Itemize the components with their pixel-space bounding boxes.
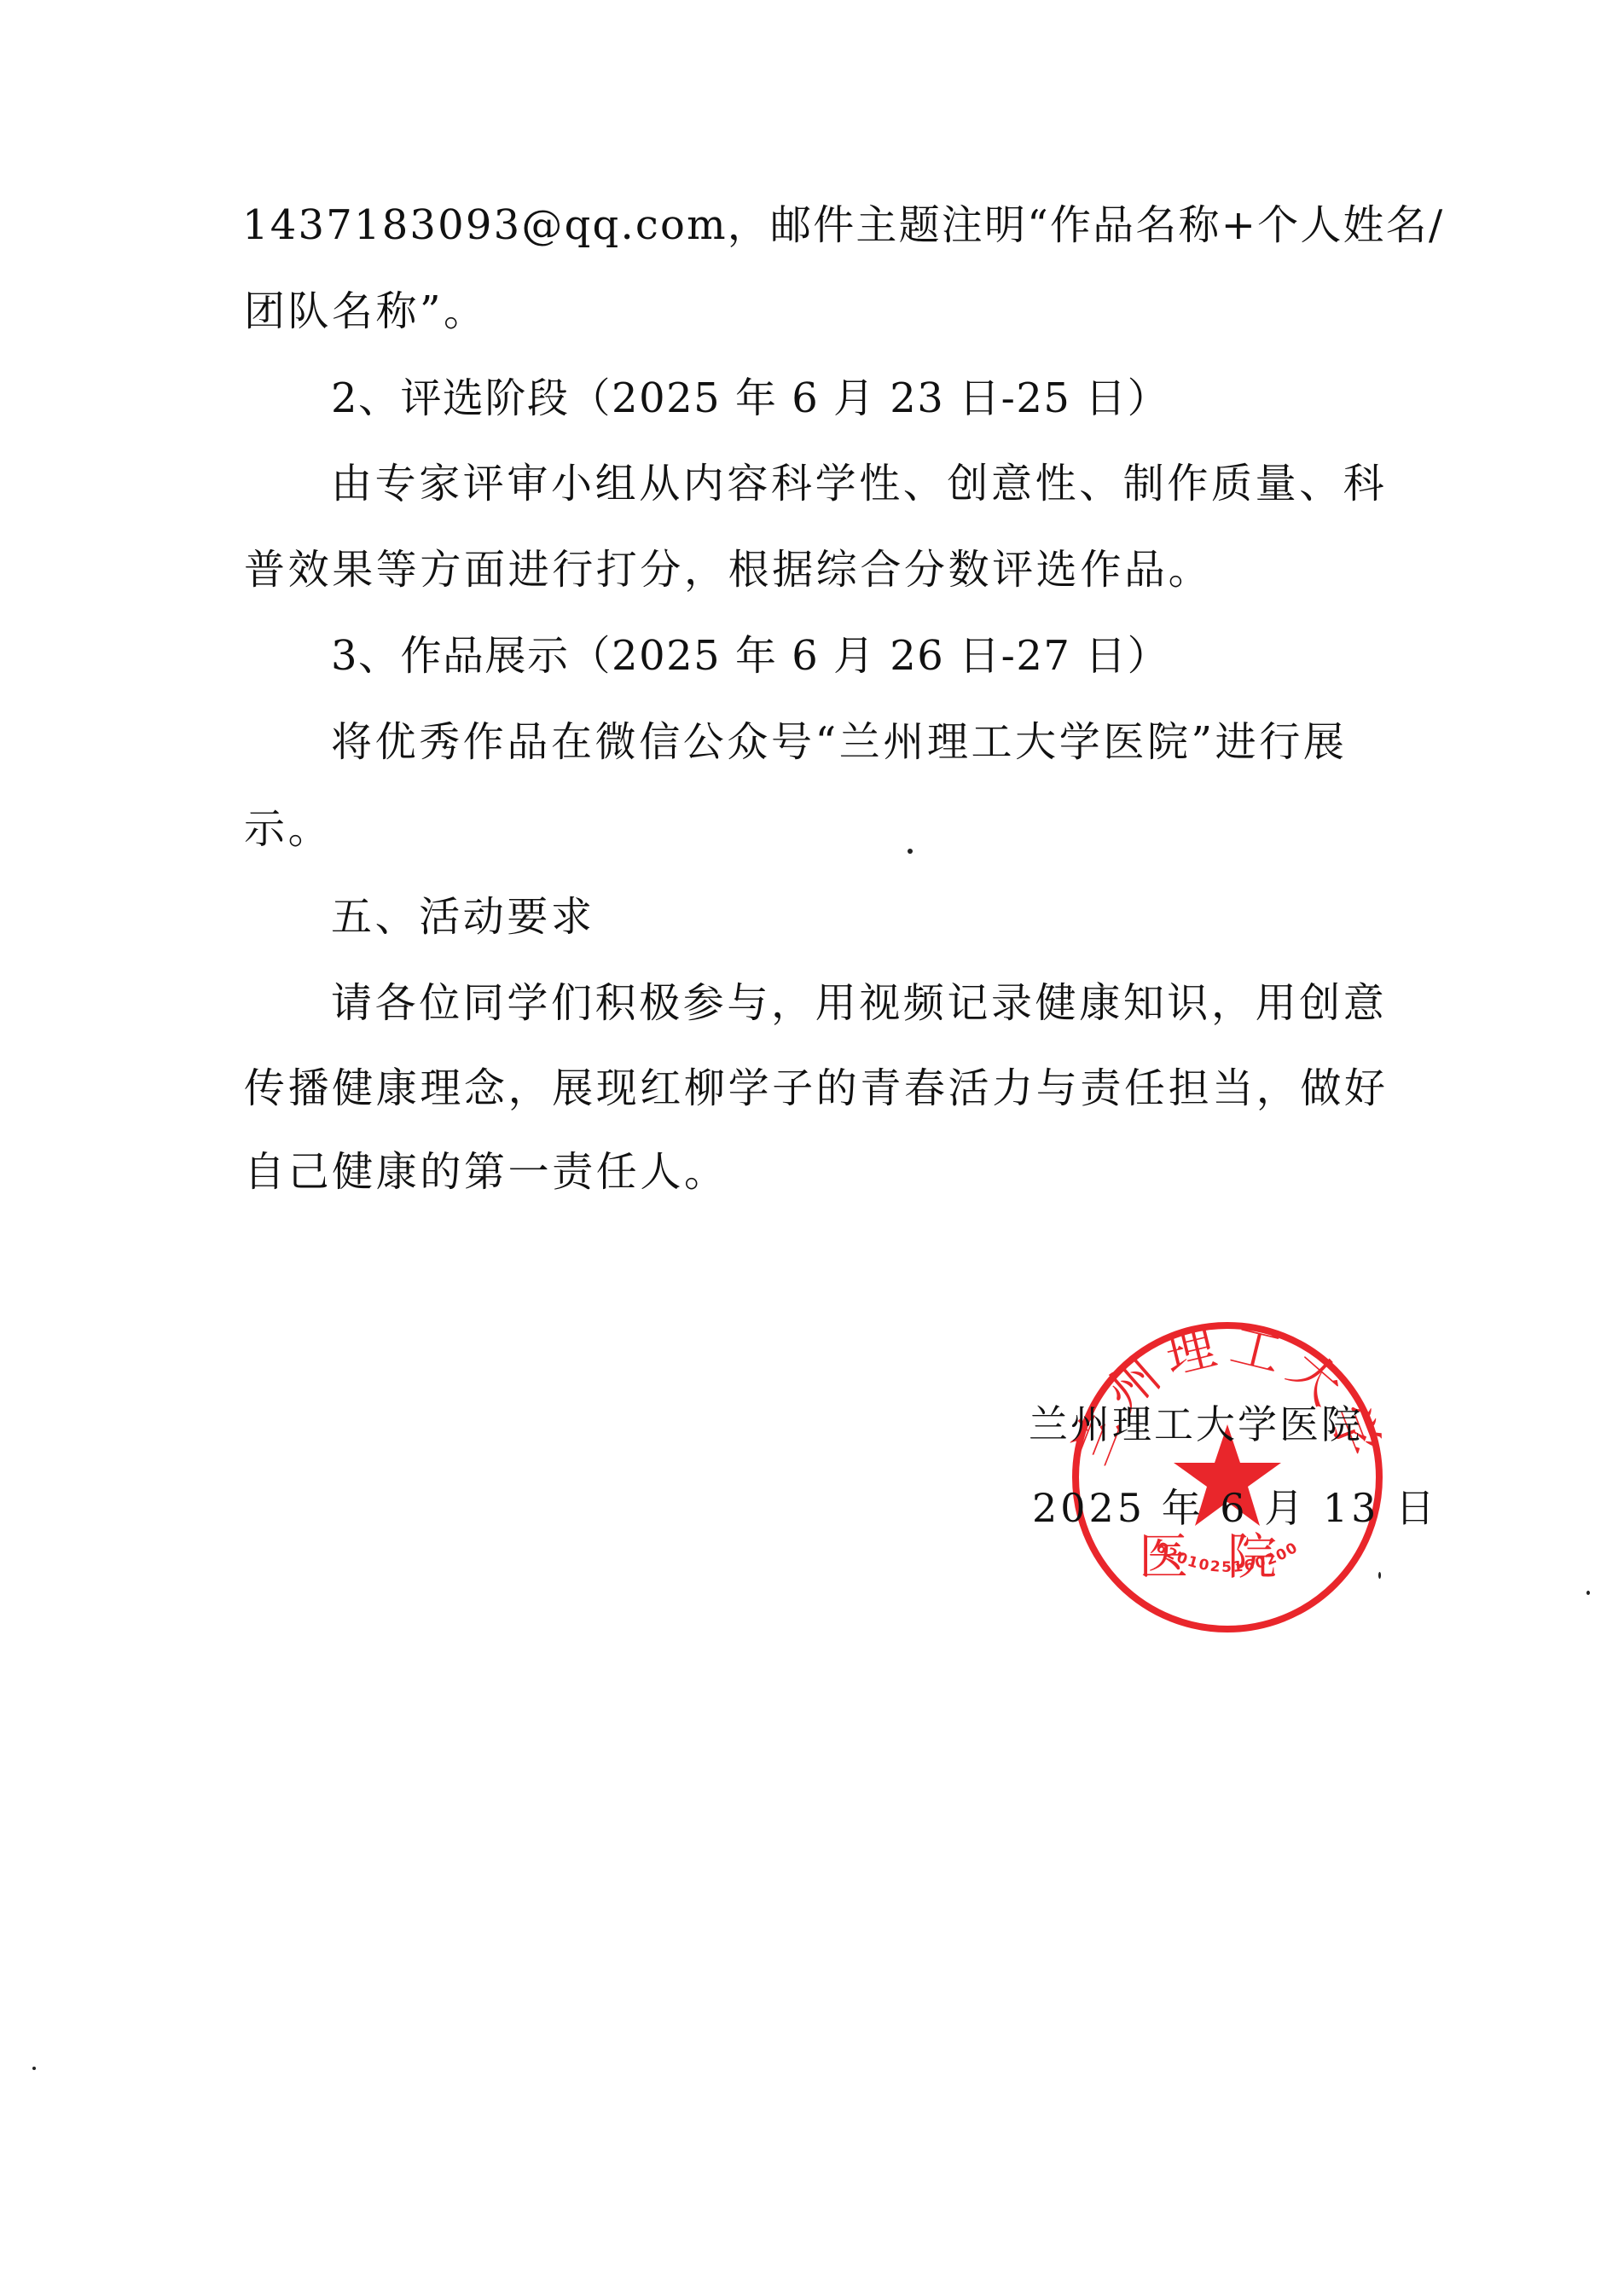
signature-organization: 兰州理工大学医院 <box>1029 1400 1363 1448</box>
document-page: 1437183093@qq.com，邮件主题注明“作品名称+个人姓名/ 团队名称… <box>0 0 1624 2279</box>
stage2-body-line1: 由专家评审小组从内容科学性、创意性、制作质量、科 <box>331 458 1387 509</box>
scan-speck <box>32 2067 36 2070</box>
stage3-heading: 3、作品展示（2025 年 6 月 26 日-27 日） <box>331 630 1169 681</box>
official-seal-stamp: 兰州理工大学 医院 6201025160200 <box>1070 1322 1385 1632</box>
stage3-body-line2: 示。 <box>244 803 332 855</box>
email-line-continuation: 团队名称”。 <box>244 286 488 337</box>
stage2-heading: 2、评选阶段（2025 年 6 月 23 日-25 日） <box>331 373 1169 424</box>
signature-date: 2025 年 6 月 13 日 <box>1032 1484 1438 1532</box>
section5-body-line1: 请各位同学们积极参与，用视频记录健康知识，用创意 <box>331 977 1387 1029</box>
email-line: 1437183093@qq.com，邮件主题注明“作品名称+个人姓名/ <box>242 200 1444 251</box>
scan-speck <box>908 849 913 854</box>
section5-body-line3: 自己健康的第一责任人。 <box>244 1146 728 1197</box>
section5-body-line2: 传播健康理念，展现红柳学子的青春活力与责任担当，做好 <box>244 1063 1389 1114</box>
section5-heading: 五、活动要求 <box>331 891 595 942</box>
stage3-body-line1: 将优秀作品在微信公众号“兰州理工大学医院”进行展 <box>331 716 1347 768</box>
stage2-body-line2: 普效果等方面进行打分，根据综合分数评选作品。 <box>244 544 1212 595</box>
scan-speck <box>1586 1591 1590 1595</box>
